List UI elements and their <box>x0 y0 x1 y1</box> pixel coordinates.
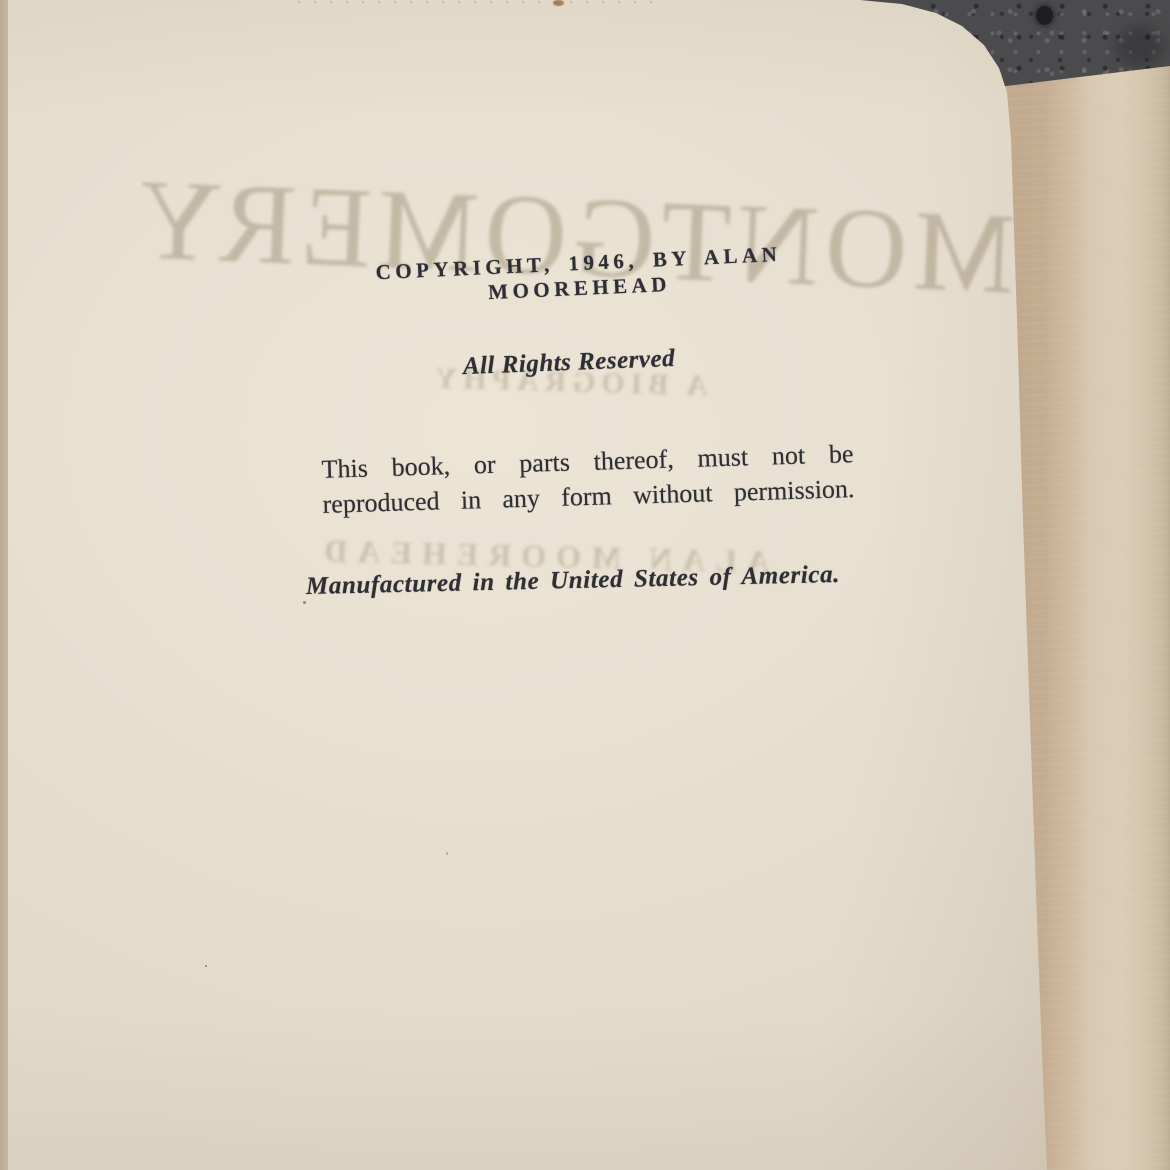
surface-shadow-patch <box>1116 26 1164 66</box>
paper-speck <box>205 965 207 967</box>
left-page-edge-strip <box>0 0 9 1170</box>
foxing-dot <box>553 0 564 6</box>
top-edge-foxing <box>292 0 664 5</box>
book-photo: MONTGOMERY A BIOGRAPHY ALAN MOOREHEAD CO… <box>0 0 1170 1170</box>
surface-hole-spot <box>1036 6 1053 25</box>
permission-notice: This book, or parts thereof, must not be… <box>321 436 855 522</box>
paper-speck <box>303 601 306 604</box>
paper-speck <box>446 852 448 855</box>
copyright-page: MONTGOMERY A BIOGRAPHY ALAN MOOREHEAD CO… <box>0 0 1170 1170</box>
